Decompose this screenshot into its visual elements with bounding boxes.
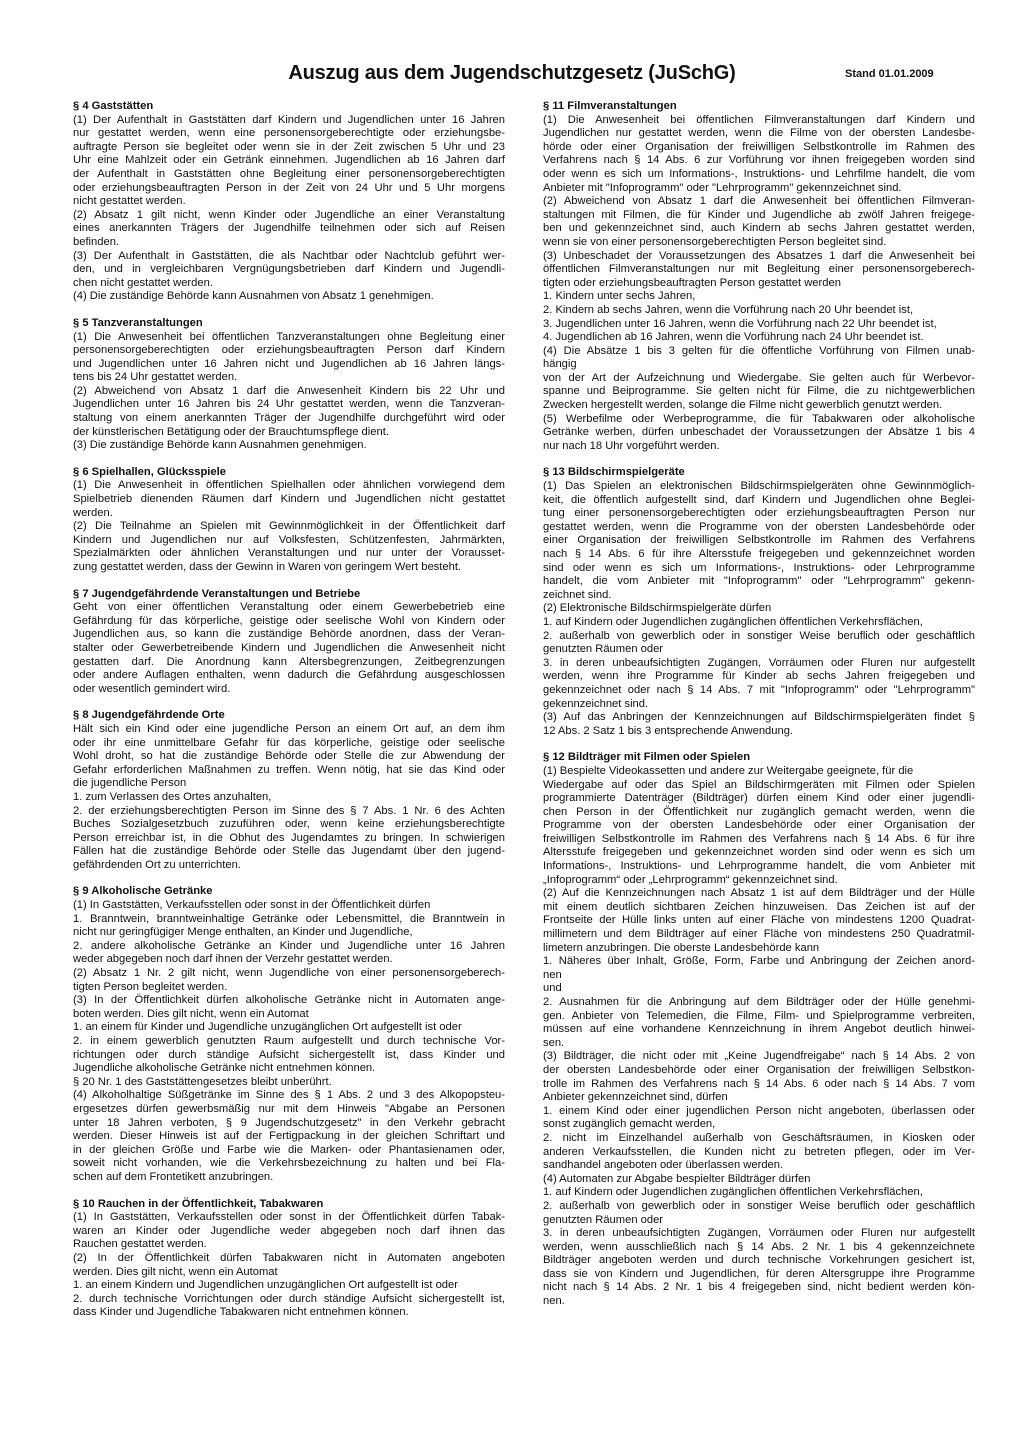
- paragraph: (2) Elektronische Bildschirmspielgeräte …: [543, 602, 975, 616]
- paragraph: 2. andere alkoholische Getränke an Kinde…: [73, 940, 505, 967]
- text-line: Zwecken hergestellt werden, solange die …: [543, 399, 975, 413]
- text-line: in der gleichen Größe und Farbe wie die …: [73, 1144, 505, 1158]
- paragraph: (1) Die Anwesenheit bei öffentlichen Tan…: [73, 331, 505, 385]
- text-line: gestatten darf. Die Anordnung kann Alter…: [73, 656, 505, 670]
- paragraph: 2. außerhalb von gewerblich oder in sons…: [543, 630, 975, 657]
- text-line: 1. einem Kind oder einer jugendlichen Pe…: [543, 1105, 975, 1119]
- law-section: § 10 Rauchen in der Öffentlichkeit, Taba…: [73, 1198, 505, 1320]
- text-line: nicht nach § 14 Abs. 2 Nr. 1 bis 4 freig…: [543, 1281, 975, 1295]
- text-line: 3. in deren unbeaufsichtigten Zugängen, …: [543, 657, 975, 671]
- section-heading: § 5 Tanzveranstaltungen: [73, 317, 505, 331]
- paragraph: 1. auf Kindern oder Jugendlichen zugängl…: [543, 1186, 975, 1200]
- section-heading: § 9 Alkoholische Getränke: [73, 885, 505, 899]
- text-line: von der Art der Aufzeichnung und Wiederg…: [543, 372, 975, 386]
- text-line: werden. Dies gilt nicht, wenn ein Automa…: [73, 1266, 505, 1280]
- text-line: 1. auf Kindern oder Jugendlichen zugängl…: [543, 1186, 975, 1200]
- text-line: chen nicht gestattet werden.: [73, 277, 505, 291]
- section-heading: § 13 Bildschirmspielgeräte: [543, 466, 975, 480]
- text-line: gekennzeichnet sind.: [543, 698, 975, 712]
- law-section: § 5 Tanzveranstaltungen(1) Die Anwesenhe…: [73, 317, 505, 453]
- text-line: eines anerkannten Trägers der Jugendhilf…: [73, 222, 505, 236]
- text-line: programmierte Datenträger (Bildträger) d…: [543, 792, 975, 806]
- text-line: hörde oder einer Organisation der freiwi…: [543, 141, 975, 155]
- paragraph: Wiedergabe auf oder das Spiel an Bildsch…: [543, 779, 975, 888]
- text-line: oder wenn es sich um Informations-, Inst…: [543, 168, 975, 182]
- text-line: 2. außerhalb von gewerblich oder in sons…: [543, 630, 975, 644]
- text-line: richtungen oder durch ständige Aufsicht …: [73, 1049, 505, 1063]
- paragraph: 1. auf Kindern oder Jugendlichen zugängl…: [543, 616, 975, 630]
- text-line: (2) Elektronische Bildschirmspielgeräte …: [543, 602, 975, 616]
- text-line: die jugendliche Person: [73, 777, 505, 791]
- text-line: 12 Abs. 2 Satz 1 bis 3 entsprechende Anw…: [543, 725, 975, 739]
- section-heading: § 7 Jugendgefährdende Veranstaltungen un…: [73, 588, 505, 602]
- text-line: Verfahrens nach § 14 Abs. 6 zur Vorführu…: [543, 154, 975, 168]
- text-line: millimetern und dem Bildträger auf einer…: [543, 928, 975, 942]
- text-line: dass sie von Kindern und Jugendlichen, f…: [543, 1268, 975, 1282]
- section-heading: § 4 Gaststätten: [73, 100, 505, 114]
- text-line: (4) Automaten zur Abgabe bespielter Bild…: [543, 1173, 975, 1187]
- paragraph: (1) Die Anwesenheit bei öffentlichen Fil…: [543, 114, 975, 196]
- text-line: Bildträger angeboten werden und durch te…: [543, 1254, 975, 1268]
- text-line: staltung von einem anerkannten Träger de…: [73, 412, 505, 426]
- text-line: (2) In der Öffentlichkeit dürfen Tabakwa…: [73, 1252, 505, 1266]
- left-column: § 4 Gaststätten(1) Der Aufenthalt in Gas…: [73, 100, 505, 1333]
- paragraph: 2. nicht im Einzelhandel außerhalb von G…: [543, 1132, 975, 1173]
- text-line: der künstlerischen Betätigung oder der B…: [73, 426, 505, 440]
- paragraph: 2. außerhalb von gewerblich oder in sons…: [543, 1200, 975, 1227]
- text-line: Informations-, Instruktions- und Lehrpro…: [543, 860, 975, 874]
- paragraph: (1) Die Anwesenheit in öffentlichen Spie…: [73, 479, 505, 520]
- text-line: nicht nur geringfügiger Menge enthalten,…: [73, 926, 505, 940]
- text-line: weder abgegeben noch darf ihnen der Verz…: [73, 953, 505, 967]
- text-line: Hält sich ein Kind oder eine jugendliche…: [73, 723, 505, 737]
- law-section: § 7 Jugendgefährdende Veranstaltungen un…: [73, 588, 505, 697]
- text-line: handelt, die vom Anbieter mit "Infoprogr…: [543, 575, 975, 589]
- text-line: den, und in vergleichbaren Vergnügungsbe…: [73, 263, 505, 277]
- text-line: sind oder wenn es sich um Informations-,…: [543, 562, 975, 576]
- text-line: 3. Jugendlichen unter 16 Jahren, wenn di…: [543, 318, 975, 332]
- text-line: dass Kinder und Jugendliche Tabakwaren n…: [73, 1306, 505, 1320]
- paragraph: (2) Die Teilnahme an Spielen mit Gewinnm…: [73, 520, 505, 574]
- paragraph: 3. in deren unbeaufsichtigten Zugängen, …: [543, 1227, 975, 1309]
- text-line: 2. außerhalb von gewerblich oder in sons…: [543, 1200, 975, 1214]
- text-line: nen.: [543, 1295, 975, 1309]
- text-line: Jugendlichen aus, so kann die zuständige…: [73, 628, 505, 642]
- text-line: (3) Bildträger, die nicht oder mit „Kein…: [543, 1050, 975, 1064]
- text-line: tung einer personensorgeberechtigten ode…: [543, 507, 975, 521]
- text-line: (3) Die zuständige Behörde kann Ausnahme…: [73, 439, 505, 453]
- text-line: werden.: [73, 507, 505, 521]
- text-line: tigten Person begleitet werden.: [73, 981, 505, 995]
- text-line: sandhandel angeboten oder überlassen wer…: [543, 1159, 975, 1173]
- text-line: (1) Bespielte Videokassetten und andere …: [543, 765, 975, 779]
- text-line: Jugendlichen unter 16 Jahren bis 24 Uhr …: [73, 398, 505, 412]
- text-line: (2) Die Teilnahme an Spielen mit Gewinnm…: [73, 520, 505, 534]
- text-line: (5) Werbefilme oder Werbeprogramme, die …: [543, 413, 975, 427]
- paragraph: 3. Jugendlichen unter 16 Jahren, wenn di…: [543, 318, 975, 332]
- text-line: tigten oder erziehungsbeauftragten Perso…: [543, 277, 975, 291]
- text-line: Spezialmärkten oder ähnlichen Veranstalt…: [73, 547, 505, 561]
- text-line: 1. Näheres über Inhalt, Größe, Form, Far…: [543, 955, 975, 969]
- text-line: nicht gestattet werden.: [73, 195, 505, 209]
- text-line: boten werden. Dies gilt nicht, wenn ein …: [73, 1008, 505, 1022]
- text-line: oder wesentlich gemindert wird.: [73, 683, 505, 697]
- text-line: Wiedergabe auf oder das Spiel an Bildsch…: [543, 779, 975, 793]
- paragraph: (3) Die zuständige Behörde kann Ausnahme…: [73, 439, 505, 453]
- text-line: gestattet werden, wenn die Programme von…: [543, 521, 975, 535]
- paragraph: (3) In der Öffentlichkeit dürfen alkohol…: [73, 994, 505, 1021]
- text-line: chen Person in der Öffentlichkeit nur zu…: [543, 806, 975, 820]
- text-line: Wohl droht, so hat die zuständige Behörd…: [73, 750, 505, 764]
- text-line: Programme von der obersten Landesbehörde…: [543, 819, 975, 833]
- text-line: (4) Die Absätze 1 bis 3 gelten für die ö…: [543, 345, 975, 359]
- paragraph: (1) Das Spielen an elektronischen Bildsc…: [543, 480, 975, 602]
- section-heading: § 12 Bildträger mit Filmen oder Spielen: [543, 751, 975, 765]
- paragraph: Hält sich ein Kind oder eine jugendliche…: [73, 723, 505, 791]
- law-section: § 6 Spielhallen, Glücksspiele(1) Die Anw…: [73, 466, 505, 575]
- section-heading: § 6 Spielhallen, Glücksspiele: [73, 466, 505, 480]
- text-line: Anbieter mit "Infoprogramm" oder "Lehrpr…: [543, 182, 975, 196]
- paragraph: 2. in einem gewerblich genutzten Raum au…: [73, 1035, 505, 1076]
- text-line: Gefährdung für das körperliche, geistige…: [73, 615, 505, 629]
- text-line: Frontseite der Hülle links unten auf ein…: [543, 914, 975, 928]
- text-line: Jugendlichen nur gestattet werden, wenn …: [543, 127, 975, 141]
- paragraph: (5) Werbefilme oder Werbeprogramme, die …: [543, 413, 975, 454]
- text-line: limetern anzubringen. Die oberste Landes…: [543, 942, 975, 956]
- paragraph: (3) Der Aufenthalt in Gaststätten, die a…: [73, 250, 505, 291]
- text-line: (3) Der Aufenthalt in Gaststätten, die a…: [73, 250, 505, 264]
- paragraph: (4) Die zuständige Behörde kann Ausnahme…: [73, 290, 505, 304]
- text-line: zeichnet sind.: [543, 589, 975, 603]
- law-section: § 9 Alkoholische Getränke(1) In Gaststät…: [73, 885, 505, 1184]
- paragraph: von der Art der Aufzeichnung und Wiederg…: [543, 372, 975, 413]
- law-section: § 12 Bildträger mit Filmen oder Spielen(…: [543, 751, 975, 1308]
- text-line: hängig: [543, 358, 975, 372]
- text-line: Uhr eine Mahlzeit oder ein Getränk einne…: [73, 154, 505, 168]
- text-line: 2. Ausnahmen für die Anbringung auf dem …: [543, 996, 975, 1010]
- text-line: einer Organisation der freiwilligen Selb…: [543, 534, 975, 548]
- text-line: 4. Jugendlichen ab 16 Jahren, wenn die V…: [543, 331, 975, 345]
- text-line: genutzten Räumen oder: [543, 1214, 975, 1228]
- paragraph: 3. in deren unbeaufsichtigten Zugängen, …: [543, 657, 975, 711]
- paragraph: (3) Auf das Anbringen der Kennzeichnunge…: [543, 711, 975, 738]
- text-line: 2. durch technische Vorrichtungen oder d…: [73, 1293, 505, 1307]
- text-line: nur nach 18 Uhr vorgeführt werden.: [543, 440, 975, 454]
- text-line: (3) Auf das Anbringen der Kennzeichnunge…: [543, 711, 975, 725]
- paragraph: (1) In Gaststätten, Verkaufsstellen oder…: [73, 1211, 505, 1252]
- text-line: 2. in einem gewerblich genutzten Raum au…: [73, 1035, 505, 1049]
- paragraph: 2. der erziehungsberechtigten Person im …: [73, 805, 505, 873]
- text-line: Spielbetrieb dienenden Räumen darf Kinde…: [73, 493, 505, 507]
- paragraph: (1) Bespielte Videokassetten und andere …: [543, 765, 975, 779]
- text-line: Person erreichbar ist, in die Obhut des …: [73, 832, 505, 846]
- text-line: Kindern und Jugendlichen nur auf Volksfe…: [73, 534, 505, 548]
- text-line: unter 18 Jahren verboten, § 9 Jugendschu…: [73, 1117, 505, 1131]
- text-line: 1. zum Verlassen des Ortes anzuhalten,: [73, 791, 505, 805]
- text-line: oder ihr eine unmittelbare Gefahr für da…: [73, 737, 505, 751]
- text-line: mit einem deutlich sichtbaren Zeichen hi…: [543, 901, 975, 915]
- text-line: (4) Die zuständige Behörde kann Ausnahme…: [73, 290, 505, 304]
- text-line: Getränke werben, dürfen unbeschadet der …: [543, 426, 975, 440]
- text-line: spanne und Beiprogramme. Sie gelten nich…: [543, 385, 975, 399]
- text-line: Rauchen gestattet werden.: [73, 1238, 505, 1252]
- text-line: (1) Das Spielen an elektronischen Bildsc…: [543, 480, 975, 494]
- text-line: ergesetzes dürfen gewerbsmäßig nur mit d…: [73, 1103, 505, 1117]
- text-line: 1. Kindern unter sechs Jahren,: [543, 290, 975, 304]
- text-line: der obersten Landesbehörde oder einer Or…: [543, 1064, 975, 1078]
- stand-date: Stand 01.01.2009: [845, 68, 934, 80]
- paragraph: 2. Kindern ab sechs Jahren, wenn die Vor…: [543, 304, 975, 318]
- text-line: sen.: [543, 1037, 975, 1051]
- law-section: § 11 Filmveranstaltungen(1) Die Anwesenh…: [543, 100, 975, 453]
- paragraph: (1) Der Aufenthalt in Gaststätten darf K…: [73, 114, 505, 209]
- text-line: (2) Absatz 1 gilt nicht, wenn Kinder ode…: [73, 209, 505, 223]
- text-line: (1) In Gaststätten, Verkaufsstellen oder…: [73, 899, 505, 913]
- text-line: Geht von einer öffentlichen Veranstaltun…: [73, 601, 505, 615]
- paragraph: 1. an einem Kindern und Jugendlichen unz…: [73, 1279, 505, 1293]
- text-line: 1. auf Kindern oder Jugendlichen zugängl…: [543, 616, 975, 630]
- paragraph: 4. Jugendlichen ab 16 Jahren, wenn die V…: [543, 331, 975, 345]
- text-line: soweit nicht vorhanden, wie die Verkehrs…: [73, 1157, 505, 1171]
- text-line: (2) Abweichend von Absatz 1 darf die Anw…: [73, 385, 505, 399]
- text-line: Jugendliche alkoholische Getränke nicht …: [73, 1062, 505, 1076]
- paragraph: 1. Näheres über Inhalt, Größe, Form, Far…: [543, 955, 975, 982]
- paragraph: (2) Absatz 1 Nr. 2 gilt nicht, wenn Juge…: [73, 967, 505, 994]
- text-line: Anbieter gekennzeichnet sind, dürfen: [543, 1091, 975, 1105]
- law-section: § 8 Jugendgefährdende OrteHält sich ein …: [73, 709, 505, 872]
- paragraph: (4) Automaten zur Abgabe bespielter Bild…: [543, 1173, 975, 1187]
- paragraph: (2) In der Öffentlichkeit dürfen Tabakwa…: [73, 1252, 505, 1279]
- text-line: nur gestattet werden, wenn eine personen…: [73, 127, 505, 141]
- text-line: 1. an einem für Kinder und Jugendliche u…: [73, 1021, 505, 1035]
- text-line: (1) Die Anwesenheit in öffentlichen Spie…: [73, 479, 505, 493]
- text-line: tens bis 24 Uhr gestattet werden.: [73, 371, 505, 385]
- paragraph: 2. Ausnahmen für die Anbringung auf dem …: [543, 996, 975, 1050]
- text-line: werden, wenn ihre Programme für Kinder a…: [543, 670, 975, 684]
- paragraph: (4) Alkoholhaltige Süßgetränke im Sinne …: [73, 1089, 505, 1184]
- text-line: Altersstufe freigegeben und gekennzeichn…: [543, 846, 975, 860]
- text-line: anderen Verkaufsstellen, die Kunden nich…: [543, 1146, 975, 1160]
- text-line: (1) Die Anwesenheit bei öffentlichen Fil…: [543, 114, 975, 128]
- text-line: der Aufenthalt in Gaststätten ohne Begle…: [73, 168, 505, 182]
- text-line: trolle im Rahmen des Verfahrens nach § 1…: [543, 1078, 975, 1092]
- text-line: genutzten Räumen oder: [543, 643, 975, 657]
- text-line: keit, die öffentlich aufgestellt sind, d…: [543, 494, 975, 508]
- text-line: (2) Auf die Kennzeichnungen nach Absatz …: [543, 887, 975, 901]
- text-line: befinden.: [73, 236, 505, 250]
- text-line: auftragte Person sie begleitet oder wenn…: [73, 141, 505, 155]
- text-line: (2) Abweichend von Absatz 1 darf die Anw…: [543, 195, 975, 209]
- text-line: „Infoprogramm“ oder „Lehrprogramm“ geken…: [543, 874, 975, 888]
- paragraph: (1) In Gaststätten, Verkaufsstellen oder…: [73, 899, 505, 913]
- text-line: (2) Absatz 1 Nr. 2 gilt nicht, wenn Juge…: [73, 967, 505, 981]
- text-line: werden, wenn ausschließlich nach § 14 Ab…: [543, 1241, 975, 1255]
- text-line: § 20 Nr. 1 des Gaststättengesetzes bleib…: [73, 1076, 505, 1090]
- text-line: nach § 14 Abs. 6 für ihre Altersstufe fr…: [543, 548, 975, 562]
- text-line: ben und gekennzeichnet sind, auch Kinder…: [543, 222, 975, 236]
- text-line: 1. Branntwein, branntweinhaltige Getränk…: [73, 913, 505, 927]
- text-line: gefährdenden Ort zu unterrichten.: [73, 859, 505, 873]
- paragraph: (3) Bildträger, die nicht oder mit „Kein…: [543, 1050, 975, 1104]
- text-line: gen. Anbieter von Telemedien, die Filme,…: [543, 1010, 975, 1024]
- text-line: nen: [543, 969, 975, 983]
- text-line: 3. in deren unbeaufsichtigten Zugängen, …: [543, 1227, 975, 1241]
- right-column: § 11 Filmveranstaltungen(1) Die Anwesenh…: [543, 100, 975, 1322]
- paragraph: (2) Auf die Kennzeichnungen nach Absatz …: [543, 887, 975, 955]
- text-line: 2. andere alkoholische Getränke an Kinde…: [73, 940, 505, 954]
- text-line: wenn sie von einer personensorgeberechti…: [543, 236, 975, 250]
- paragraph: Geht von einer öffentlichen Veranstaltun…: [73, 601, 505, 696]
- paragraph: und: [543, 982, 975, 996]
- text-line: (1) Die Anwesenheit bei öffentlichen Tan…: [73, 331, 505, 345]
- paragraph: 2. durch technische Vorrichtungen oder d…: [73, 1293, 505, 1320]
- text-line: schen auf dem Frontetikett anzubringen.: [73, 1171, 505, 1185]
- section-heading: § 10 Rauchen in der Öffentlichkeit, Taba…: [73, 1198, 505, 1212]
- paragraph: 1. Branntwein, branntweinhaltige Getränk…: [73, 913, 505, 940]
- text-line: werden. Dieser Hinweis ist auf der Ferti…: [73, 1130, 505, 1144]
- section-heading: § 8 Jugendgefährdende Orte: [73, 709, 505, 723]
- text-line: gekennzeichnet oder nach § 14 Abs. 7 mit…: [543, 684, 975, 698]
- text-line: Fällen hat die zuständige Behörde oder S…: [73, 845, 505, 859]
- text-line: 1. an einem Kindern und Jugendlichen unz…: [73, 1279, 505, 1293]
- text-line: Gefahr erforderlichen Maßnahmen zu treff…: [73, 764, 505, 778]
- paragraph: § 20 Nr. 1 des Gaststättengesetzes bleib…: [73, 1076, 505, 1090]
- text-line: (4) Alkoholhaltige Süßgetränke im Sinne …: [73, 1089, 505, 1103]
- text-line: müssen auf eine vorhandene Kennzeichnung…: [543, 1023, 975, 1037]
- paragraph: 1. einem Kind oder einer jugendlichen Pe…: [543, 1105, 975, 1132]
- text-line: und: [543, 982, 975, 996]
- text-line: 2. nicht im Einzelhandel außerhalb von G…: [543, 1132, 975, 1146]
- text-line: (3) Unbeschadet der Voraussetzungen des …: [543, 250, 975, 264]
- paragraph: (2) Abweichend von Absatz 1 darf die Anw…: [73, 385, 505, 439]
- text-line: stalter oder Gewerbetreibende Kindern un…: [73, 642, 505, 656]
- text-line: und Jugendlichen unter 16 Jahren nicht u…: [73, 358, 505, 372]
- law-section: § 13 Bildschirmspielgeräte(1) Das Spiele…: [543, 466, 975, 738]
- text-line: personensorgeberechtigten oder erziehung…: [73, 344, 505, 358]
- text-line: 2. der erziehungsberechtigten Person im …: [73, 805, 505, 819]
- text-line: freiwilligen Selbstkontrolle im Rahmen d…: [543, 833, 975, 847]
- paragraph: (3) Unbeschadet der Voraussetzungen des …: [543, 250, 975, 291]
- text-line: öffentlichen Filmveranstaltungen nur mit…: [543, 263, 975, 277]
- text-line: oder erziehungsbeauftragten Person in de…: [73, 182, 505, 196]
- paragraph: 1. Kindern unter sechs Jahren,: [543, 290, 975, 304]
- text-line: Buches Sozialgesetzbuch zuzuführen oder,…: [73, 818, 505, 832]
- paragraph: 1. an einem für Kinder und Jugendliche u…: [73, 1021, 505, 1035]
- paragraph: (2) Absatz 1 gilt nicht, wenn Kinder ode…: [73, 209, 505, 250]
- text-line: zung gestattet werden, dass der Gewinn i…: [73, 561, 505, 575]
- text-line: (1) Der Aufenthalt in Gaststätten darf K…: [73, 114, 505, 128]
- paragraph: (4) Die Absätze 1 bis 3 gelten für die ö…: [543, 345, 975, 372]
- text-line: 2. Kindern ab sechs Jahren, wenn die Vor…: [543, 304, 975, 318]
- paragraph: 1. zum Verlassen des Ortes anzuhalten,: [73, 791, 505, 805]
- paragraph: (2) Abweichend von Absatz 1 darf die Anw…: [543, 195, 975, 249]
- text-line: (3) In der Öffentlichkeit dürfen alkohol…: [73, 994, 505, 1008]
- text-line: staltungen mit Filmen, die für Kinder un…: [543, 209, 975, 223]
- text-line: oder andere Auflagen enthalten, wenn dad…: [73, 669, 505, 683]
- text-line: waren an Kinder oder Jugendliche weder a…: [73, 1225, 505, 1239]
- text-line: sonst zugänglich gemacht werden,: [543, 1118, 975, 1132]
- text-line: (1) In Gaststätten, Verkaufsstellen oder…: [73, 1211, 505, 1225]
- law-section: § 4 Gaststätten(1) Der Aufenthalt in Gas…: [73, 100, 505, 304]
- section-heading: § 11 Filmveranstaltungen: [543, 100, 975, 114]
